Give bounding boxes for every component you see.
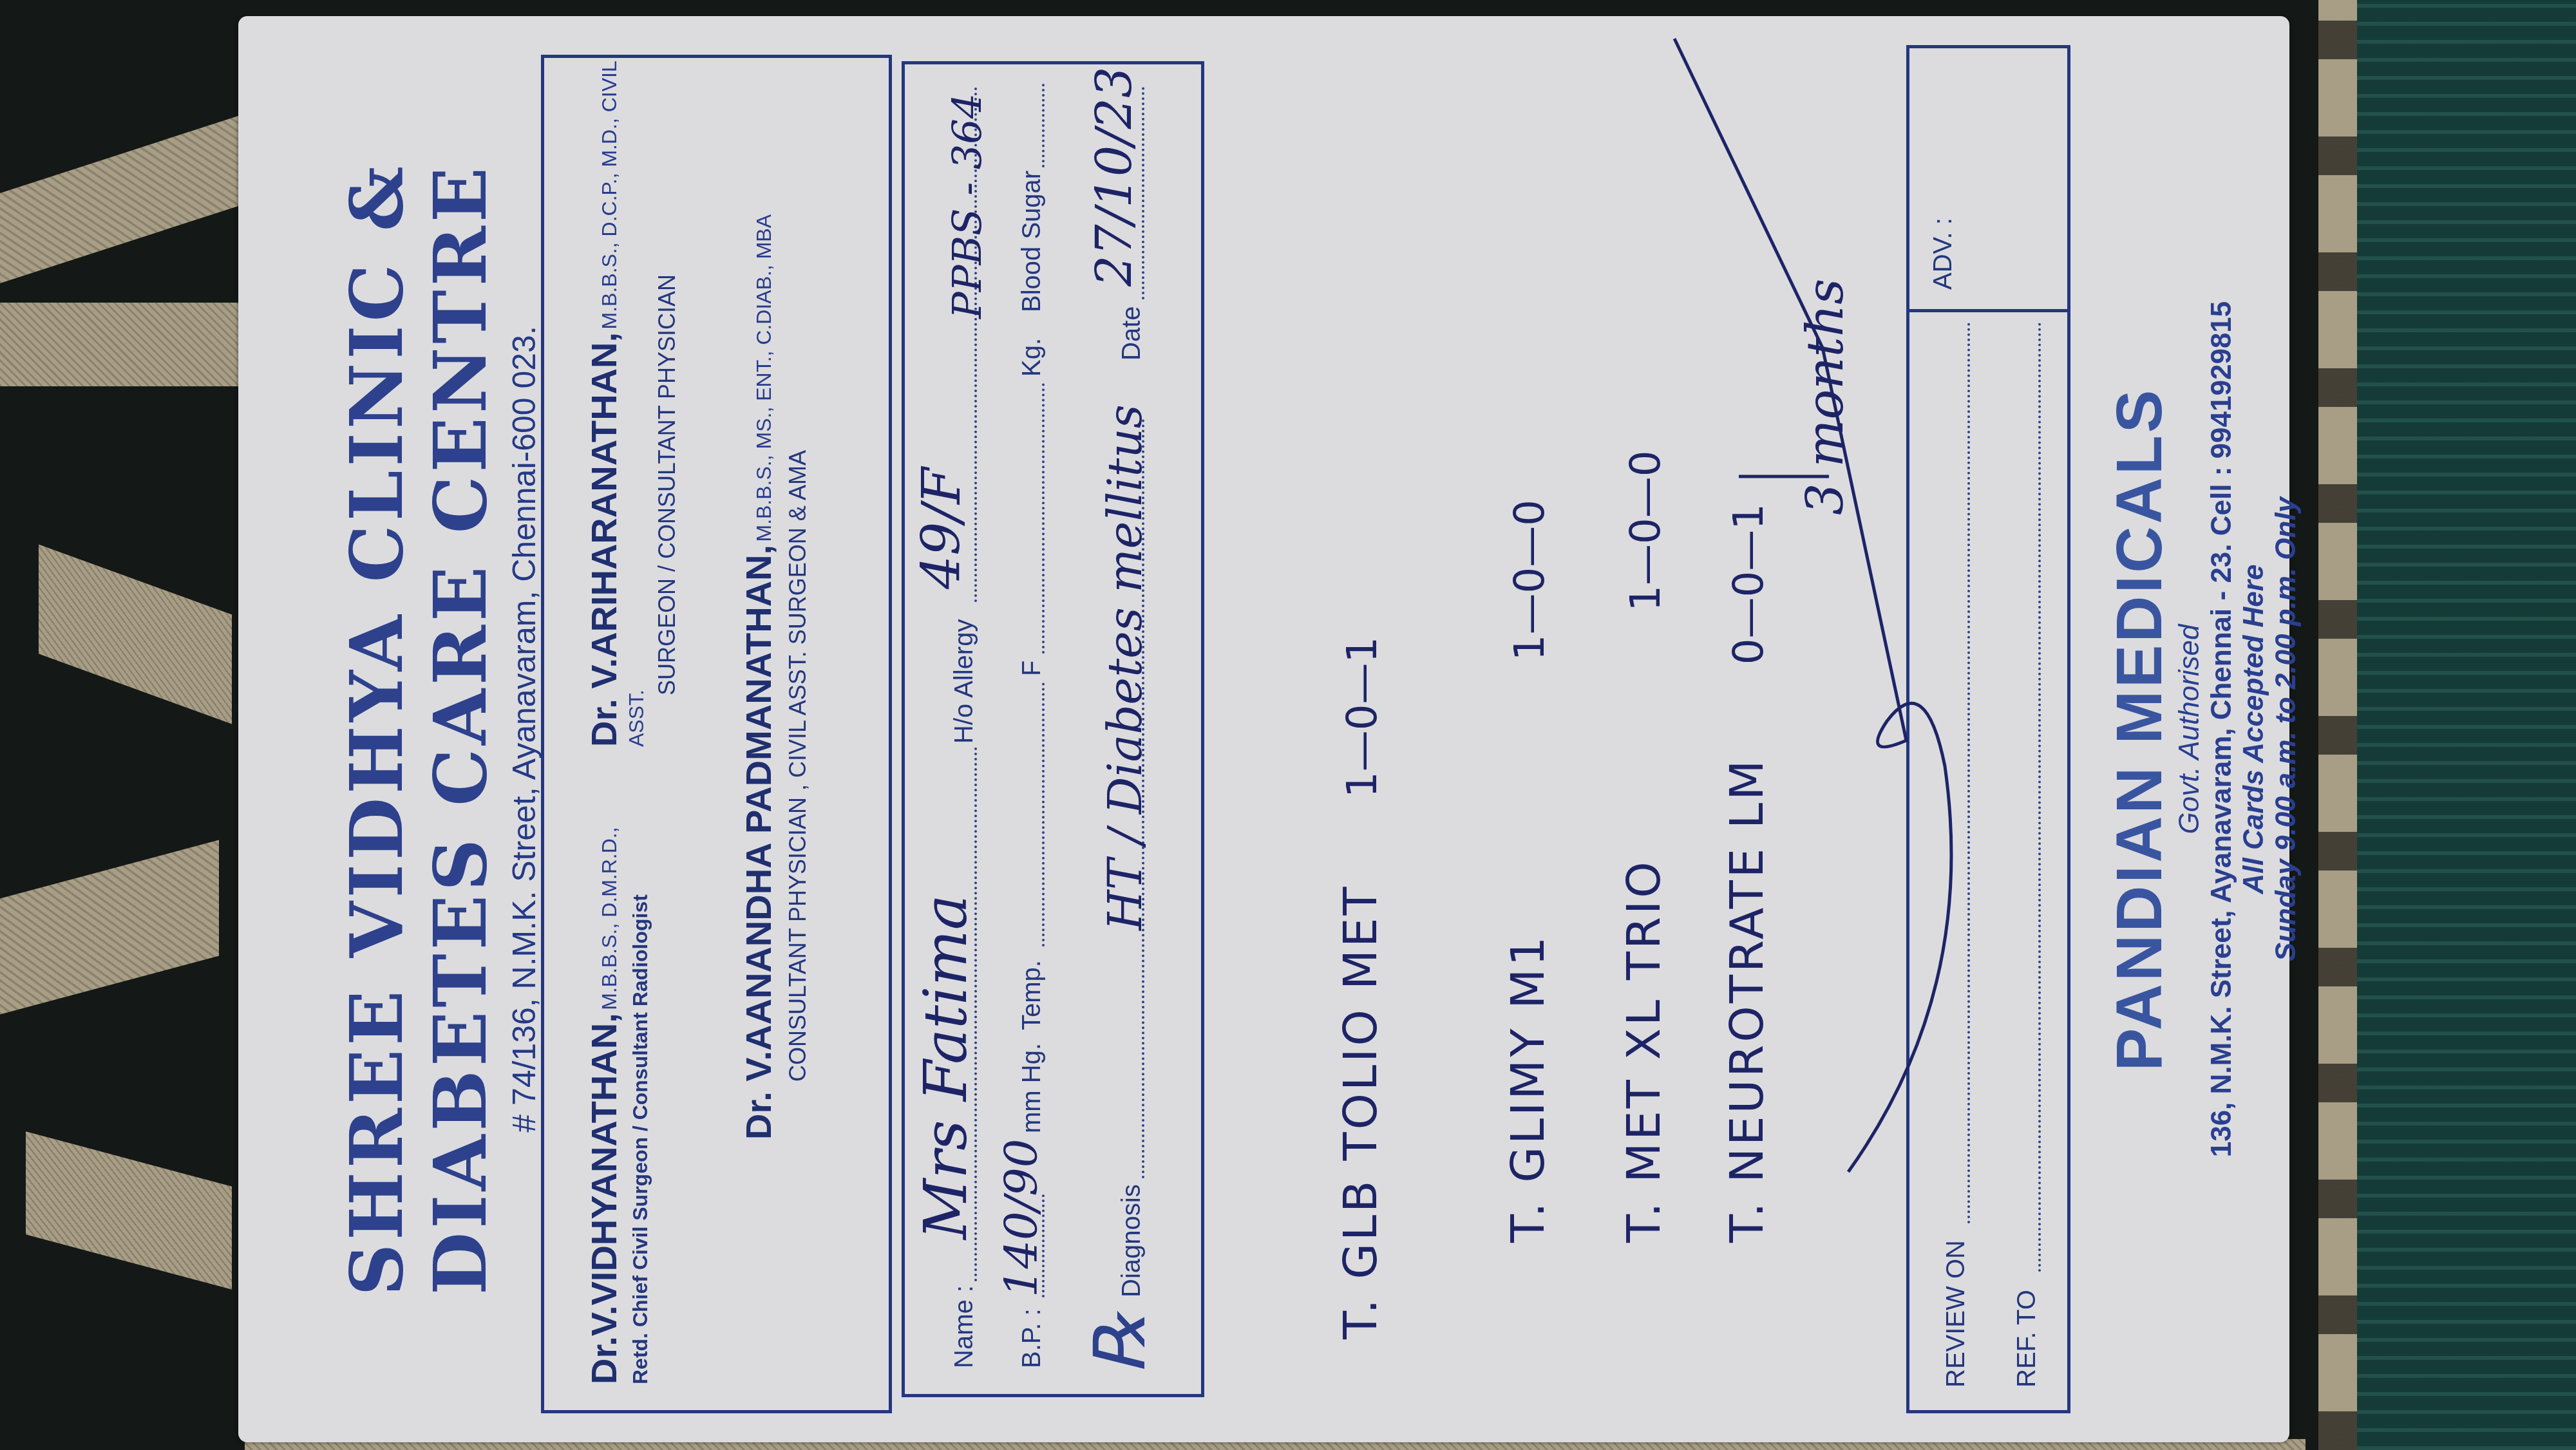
fabric-motif — [39, 544, 232, 724]
prescription-photo: SHREE VIDHYA CLINIC & DIABETES CARE CENT… — [238, 16, 2289, 1442]
fabric-motif — [0, 840, 219, 1014]
fabric-border — [2318, 0, 2357, 1450]
doctor-signature — [238, 16, 2289, 1442]
fabric-fringe — [2357, 0, 2576, 1450]
fabric-motif — [0, 303, 238, 386]
fabric-motif — [26, 1131, 232, 1290]
fabric-motif — [0, 116, 238, 283]
prescription-paper: SHREE VIDHYA CLINIC & DIABETES CARE CENT… — [238, 16, 2289, 1442]
